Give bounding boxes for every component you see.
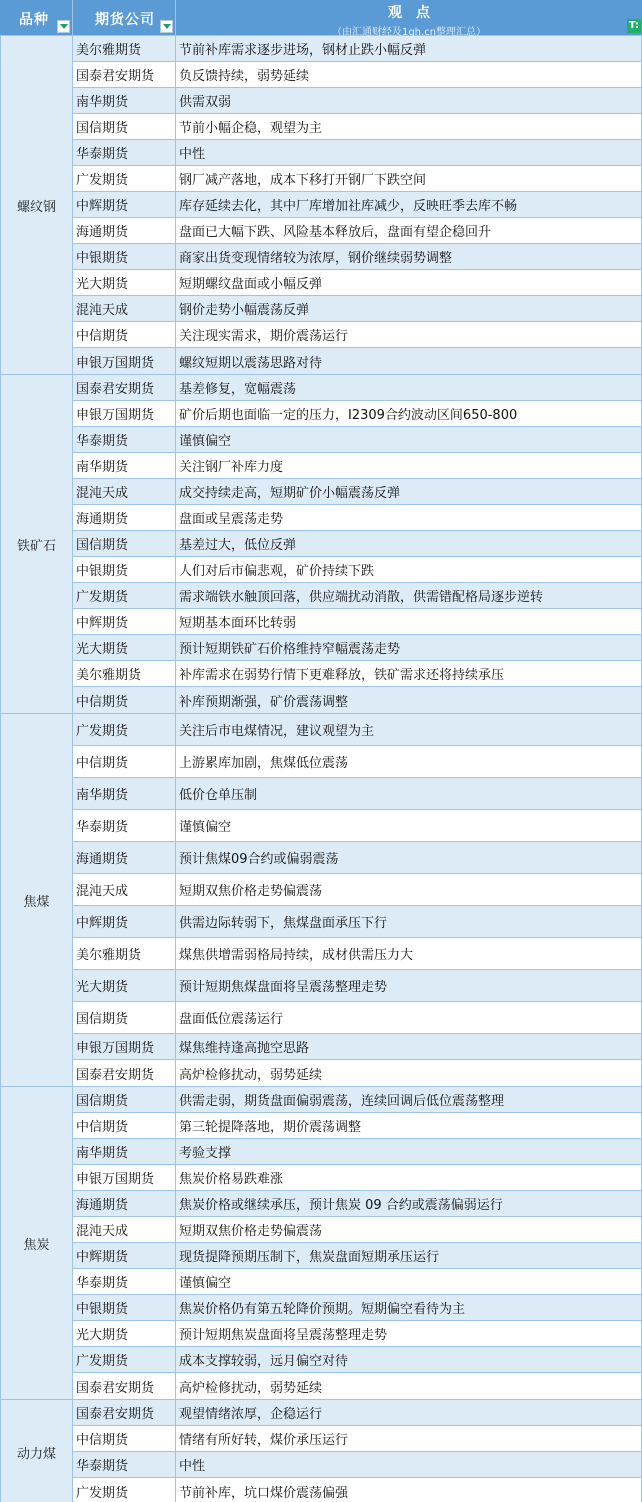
table-row[interactable]: 中信期货上游累库加剧，焦煤低位震荡	[73, 746, 642, 778]
view-cell: 关注后市电煤情况，建议观望为主	[176, 714, 642, 745]
category-group: 螺纹钢美尔雅期货节前补库需求逐步进场，钢材止跌小幅反弹国泰君安期货负反馈持续，弱…	[0, 36, 642, 375]
view-cell: 补库预期渐强，矿价震荡调整	[176, 687, 642, 713]
company-cell: 申银万国期货	[73, 1034, 176, 1059]
category-cell: 焦炭	[0, 1087, 73, 1399]
table-row[interactable]: 国信期货节前小幅企稳，观望为主	[73, 114, 642, 140]
view-cell: 矿价后期也面临一定的压力，I2309合约波动区间650-800	[176, 401, 642, 426]
category-group: 焦煤广发期货关注后市电煤情况，建议观望为主中信期货上游累库加剧，焦煤低位震荡南华…	[0, 714, 642, 1087]
view-cell: 中性	[176, 140, 642, 165]
company-cell: 美尔雅期货	[73, 36, 176, 61]
view-cell: 负反馈持续，弱势延续	[176, 62, 642, 87]
view-cell: 短期螺纹盘面或小幅反弹	[176, 270, 642, 295]
view-cell: 预计焦煤09合约或偏弱震荡	[176, 842, 642, 873]
category-cell: 焦煤	[0, 714, 73, 1086]
view-cell: 节前补库，坑口煤价震荡偏强	[176, 1478, 642, 1502]
view-cell: 成本支撑较弱，远月偏空对待	[176, 1347, 642, 1372]
table-row[interactable]: 中信期货情绪有所好转，煤价承压运行	[73, 1426, 642, 1452]
header-category-label: 品种	[19, 9, 49, 29]
table-row[interactable]: 国信期货供需走弱，期货盘面偏弱震荡，连续回调后低位震荡整理	[73, 1087, 642, 1113]
table-row[interactable]: 混沌天成成交持续走高，短期矿价小幅震荡反弹	[73, 479, 642, 505]
company-cell: 中辉期货	[73, 1243, 176, 1268]
category-group: 铁矿石国泰君安期货基差修复，宽幅震荡申银万国期货矿价后期也面临一定的压力，I23…	[0, 375, 642, 714]
company-cell: 华泰期货	[73, 810, 176, 841]
view-cell: 中性	[176, 1452, 642, 1477]
view-cell: 商家出货变现情绪较为浓厚，钢价继续弱势调整	[176, 244, 642, 269]
table-row[interactable]: 美尔雅期货煤焦供增需弱格局持续，成材供需压力大	[73, 938, 642, 970]
company-cell: 光大期货	[73, 635, 176, 660]
category-cell: 铁矿石	[0, 375, 73, 713]
company-cell: 美尔雅期货	[73, 661, 176, 686]
table-row[interactable]: 美尔雅期货节前补库需求逐步进场，钢材止跌小幅反弹	[73, 36, 642, 62]
view-cell: 节前补库需求逐步进场，钢材止跌小幅反弹	[176, 36, 642, 61]
company-cell: 南华期货	[73, 778, 176, 809]
company-cell: 光大期货	[73, 1321, 176, 1346]
company-cell: 华泰期货	[73, 427, 176, 452]
view-cell: 盘面低位震荡运行	[176, 1002, 642, 1033]
filter-dropdown-icon[interactable]	[57, 20, 70, 33]
table-row[interactable]: 南华期货关注钢厂补库力度	[73, 453, 642, 479]
company-cell: 中信期货	[73, 687, 176, 713]
view-cell: 焦炭价格易跌难涨	[176, 1165, 642, 1190]
table-row[interactable]: 中信期货第三轮提降落地，期价震荡调整	[73, 1113, 642, 1139]
category-rows: 国泰君安期货观望情绪浓厚，企稳运行中信期货情绪有所好转，煤价承压运行华泰期货中性…	[73, 1400, 642, 1502]
view-cell: 供需双弱	[176, 88, 642, 113]
company-cell: 申银万国期货	[73, 1165, 176, 1190]
company-cell: 广发期货	[73, 166, 176, 191]
view-cell: 短期双焦价格走势偏震荡	[176, 1217, 642, 1242]
header-category: 品种	[0, 0, 73, 35]
company-cell: 华泰期货	[73, 1452, 176, 1477]
company-cell: 中银期货	[73, 244, 176, 269]
view-cell: 关注钢厂补库力度	[176, 453, 642, 478]
table-row[interactable]: 国泰君安期货高炉检修扰动，弱势延续	[73, 1060, 642, 1086]
company-cell: 国泰君安期货	[73, 62, 176, 87]
company-cell: 广发期货	[73, 1347, 176, 1372]
category-rows: 美尔雅期货节前补库需求逐步进场，钢材止跌小幅反弹国泰君安期货负反馈持续，弱势延续…	[73, 36, 642, 374]
table-row[interactable]: 国信期货基差过大，低位反弹	[73, 531, 642, 557]
company-cell: 光大期货	[73, 970, 176, 1001]
filter-active-icon[interactable]: T:	[627, 19, 641, 33]
table-row[interactable]: 中辉期货供需边际转弱下，焦煤盘面承压下行	[73, 906, 642, 938]
table-row[interactable]: 中银期货人们对后市偏悲观，矿价持续下跌	[73, 557, 642, 583]
table-row[interactable]: 国信期货盘面低位震荡运行	[73, 1002, 642, 1034]
company-cell: 混沌天成	[73, 296, 176, 321]
table-row[interactable]: 广发期货关注后市电煤情况，建议观望为主	[73, 714, 642, 746]
company-cell: 南华期货	[73, 1139, 176, 1164]
company-cell: 国信期货	[73, 531, 176, 556]
view-cell: 短期双焦价格走势偏震荡	[176, 874, 642, 905]
view-cell: 煤焦维持逢高抛空思路	[176, 1034, 642, 1059]
table-row[interactable]: 光大期货短期螺纹盘面或小幅反弹	[73, 270, 642, 296]
view-cell: 预计短期焦煤盘面将呈震荡整理走势	[176, 970, 642, 1001]
company-cell: 广发期货	[73, 1478, 176, 1502]
table-header: 品种 期货公司 观点 （由汇通财经及1qh.cn整理汇总） T:	[0, 0, 642, 36]
company-cell: 国信期货	[73, 1087, 176, 1112]
futures-views-sheet: 品种 期货公司 观点 （由汇通财经及1qh.cn整理汇总） T: 螺纹钢美尔雅期…	[0, 0, 642, 1502]
company-cell: 国信期货	[73, 114, 176, 139]
table-row[interactable]: 华泰期货谨慎偏空	[73, 427, 642, 453]
company-cell: 广发期货	[73, 583, 176, 608]
company-cell: 海通期货	[73, 218, 176, 243]
company-cell: 中辉期货	[73, 609, 176, 634]
table-row[interactable]: 海通期货盘面已大幅下跌、风险基本释放后，盘面有望企稳回升	[73, 218, 642, 244]
view-cell: 低价仓单压制	[176, 778, 642, 809]
table-body: 螺纹钢美尔雅期货节前补库需求逐步进场，钢材止跌小幅反弹国泰君安期货负反馈持续，弱…	[0, 36, 642, 1502]
company-cell: 国信期货	[73, 1002, 176, 1033]
table-row[interactable]: 国泰君安期货高炉检修扰动，弱势延续	[73, 1373, 642, 1399]
table-row[interactable]: 中辉期货库存延续去化，其中厂库增加社库减少，反映旺季去库不畅	[73, 192, 642, 218]
view-cell: 焦炭价格或继续承压，预计焦炭 09 合约或震荡偏弱运行	[176, 1191, 642, 1216]
view-cell: 螺纹短期以震荡思路对待	[176, 348, 642, 374]
table-row[interactable]: 广发期货需求端铁水触顶回落，供应端扰动消散，供需错配格局逐步逆转	[73, 583, 642, 609]
view-cell: 节前小幅企稳，观望为主	[176, 114, 642, 139]
view-cell: 煤焦供增需弱格局持续，成材供需压力大	[176, 938, 642, 969]
table-row[interactable]: 华泰期货中性	[73, 1452, 642, 1478]
header-view-title: 观点	[176, 2, 642, 22]
view-cell: 需求端铁水触顶回落，供应端扰动消散，供需错配格局逐步逆转	[176, 583, 642, 608]
view-cell: 供需走弱，期货盘面偏弱震荡，连续回调后低位震荡整理	[176, 1087, 642, 1112]
view-cell: 供需边际转弱下，焦煤盘面承压下行	[176, 906, 642, 937]
table-row[interactable]: 广发期货成本支撑较弱，远月偏空对待	[73, 1347, 642, 1373]
header-view-subtitle: （由汇通财经及1qh.cn整理汇总）	[176, 23, 642, 38]
table-row[interactable]: 华泰期货中性	[73, 140, 642, 166]
view-cell: 钢厂减产落地，成本下移打开钢厂下跌空间	[176, 166, 642, 191]
view-cell: 钢价走势小幅震荡反弹	[176, 296, 642, 321]
view-cell: 谨慎偏空	[176, 810, 642, 841]
table-row[interactable]: 中辉期货短期基本面环比转弱	[73, 609, 642, 635]
view-cell: 谨慎偏空	[176, 1269, 642, 1294]
table-row[interactable]: 混沌天成短期双焦价格走势偏震荡	[73, 1217, 642, 1243]
table-row[interactable]: 申银万国期货螺纹短期以震荡思路对待	[73, 348, 642, 374]
category-group: 动力煤国泰君安期货观望情绪浓厚，企稳运行中信期货情绪有所好转，煤价承压运行华泰期…	[0, 1400, 642, 1502]
company-cell: 南华期货	[73, 88, 176, 113]
table-row[interactable]: 光大期货预计短期铁矿石价格维持窄幅震荡走势	[73, 635, 642, 661]
view-cell: 库存延续去化，其中厂库增加社库减少，反映旺季去库不畅	[176, 192, 642, 217]
table-row[interactable]: 海通期货焦炭价格或继续承压，预计焦炭 09 合约或震荡偏弱运行	[73, 1191, 642, 1217]
table-row[interactable]: 海通期货预计焦煤09合约或偏弱震荡	[73, 842, 642, 874]
view-cell: 人们对后市偏悲观，矿价持续下跌	[176, 557, 642, 582]
category-rows: 国泰君安期货基差修复，宽幅震荡申银万国期货矿价后期也面临一定的压力，I2309合…	[73, 375, 642, 713]
company-cell: 国泰君安期货	[73, 375, 176, 400]
view-cell: 盘面已大幅下跌、风险基本释放后，盘面有望企稳回升	[176, 218, 642, 243]
company-cell: 华泰期货	[73, 140, 176, 165]
view-cell: 基差修复，宽幅震荡	[176, 375, 642, 400]
table-row[interactable]: 混沌天成钢价走势小幅震荡反弹	[73, 296, 642, 322]
company-cell: 海通期货	[73, 842, 176, 873]
table-row[interactable]: 国泰君安期货观望情绪浓厚，企稳运行	[73, 1400, 642, 1426]
view-cell: 短期基本面环比转弱	[176, 609, 642, 634]
view-cell: 预计短期焦炭盘面将呈震荡整理走势	[176, 1321, 642, 1346]
company-cell: 南华期货	[73, 453, 176, 478]
view-cell: 盘面或呈震荡走势	[176, 505, 642, 530]
table-row[interactable]: 广发期货钢厂减产落地，成本下移打开钢厂下跌空间	[73, 166, 642, 192]
view-cell: 补库需求在弱势行情下更难释放，铁矿需求还将持续承压	[176, 661, 642, 686]
view-cell: 现货提降预期压制下，焦炭盘面短期承压运行	[176, 1243, 642, 1268]
view-cell: 谨慎偏空	[176, 427, 642, 452]
company-cell: 美尔雅期货	[73, 938, 176, 969]
company-cell: 光大期货	[73, 270, 176, 295]
view-cell: 成交持续走高，短期矿价小幅震荡反弹	[176, 479, 642, 504]
company-cell: 海通期货	[73, 1191, 176, 1216]
view-cell: 高炉检修扰动，弱势延续	[176, 1373, 642, 1399]
view-cell: 预计短期铁矿石价格维持窄幅震荡走势	[176, 635, 642, 660]
table-row[interactable]: 光大期货预计短期焦煤盘面将呈震荡整理走势	[73, 970, 642, 1002]
company-cell: 中银期货	[73, 557, 176, 582]
category-cell: 动力煤	[0, 1400, 73, 1502]
table-row[interactable]: 华泰期货谨慎偏空	[73, 810, 642, 842]
table-row[interactable]: 华泰期货谨慎偏空	[73, 1269, 642, 1295]
header-company: 期货公司	[73, 0, 176, 35]
company-cell: 海通期货	[73, 505, 176, 530]
table-row[interactable]: 中银期货焦炭价格仍有第五轮降价预期。短期偏空看待为主	[73, 1295, 642, 1321]
triangle-down-icon	[163, 24, 171, 29]
view-cell: 高炉检修扰动，弱势延续	[176, 1060, 642, 1086]
company-cell: 国泰君安期货	[73, 1400, 176, 1425]
table-row[interactable]: 海通期货盘面或呈震荡走势	[73, 505, 642, 531]
table-row[interactable]: 光大期货预计短期焦炭盘面将呈震荡整理走势	[73, 1321, 642, 1347]
filter-dropdown-icon[interactable]	[160, 20, 173, 33]
company-cell: 国泰君安期货	[73, 1060, 176, 1086]
view-cell: 第三轮提降落地，期价震荡调整	[176, 1113, 642, 1138]
table-row[interactable]: 南华期货供需双弱	[73, 88, 642, 114]
company-cell: 混沌天成	[73, 874, 176, 905]
company-cell: 广发期货	[73, 714, 176, 745]
view-cell: 观望情绪浓厚，企稳运行	[176, 1400, 642, 1425]
header-view: 观点 （由汇通财经及1qh.cn整理汇总） T:	[176, 0, 642, 35]
table-row[interactable]: 中信期货关注现实需求，期价震荡运行	[73, 322, 642, 348]
category-rows: 国信期货供需走弱，期货盘面偏弱震荡，连续回调后低位震荡整理中信期货第三轮提降落地…	[73, 1087, 642, 1399]
view-cell: 焦炭价格仍有第五轮降价预期。短期偏空看待为主	[176, 1295, 642, 1320]
company-cell: 中信期货	[73, 1113, 176, 1138]
table-row[interactable]: 广发期货节前补库，坑口煤价震荡偏强	[73, 1478, 642, 1502]
company-cell: 申银万国期货	[73, 348, 176, 374]
triangle-down-icon	[60, 24, 68, 29]
company-cell: 中辉期货	[73, 192, 176, 217]
table-row[interactable]: 申银万国期货煤焦维持逢高抛空思路	[73, 1034, 642, 1060]
view-cell: 关注现实需求，期价震荡运行	[176, 322, 642, 347]
table-row[interactable]: 国泰君安期货负反馈持续，弱势延续	[73, 62, 642, 88]
table-row[interactable]: 混沌天成短期双焦价格走势偏震荡	[73, 874, 642, 906]
table-row[interactable]: 申银万国期货焦炭价格易跌难涨	[73, 1165, 642, 1191]
company-cell: 混沌天成	[73, 1217, 176, 1242]
table-row[interactable]: 南华期货低价仓单压制	[73, 778, 642, 810]
company-cell: 中信期货	[73, 746, 176, 777]
company-cell: 华泰期货	[73, 1269, 176, 1294]
company-cell: 混沌天成	[73, 479, 176, 504]
table-row[interactable]: 国泰君安期货基差修复，宽幅震荡	[73, 375, 642, 401]
category-cell: 螺纹钢	[0, 36, 73, 374]
company-cell: 申银万国期货	[73, 401, 176, 426]
table-row[interactable]: 美尔雅期货补库需求在弱势行情下更难释放，铁矿需求还将持续承压	[73, 661, 642, 687]
company-cell: 中辉期货	[73, 906, 176, 937]
table-row[interactable]: 中银期货商家出货变现情绪较为浓厚，钢价继续弱势调整	[73, 244, 642, 270]
view-cell: 情绪有所好转，煤价承压运行	[176, 1426, 642, 1451]
company-cell: 中银期货	[73, 1295, 176, 1320]
header-company-label: 期货公司	[95, 9, 155, 29]
table-row[interactable]: 南华期货考验支撑	[73, 1139, 642, 1165]
view-cell: 上游累库加剧，焦煤低位震荡	[176, 746, 642, 777]
table-row[interactable]: 申银万国期货矿价后期也面临一定的压力，I2309合约波动区间650-800	[73, 401, 642, 427]
table-row[interactable]: 中信期货补库预期渐强，矿价震荡调整	[73, 687, 642, 713]
category-rows: 广发期货关注后市电煤情况，建议观望为主中信期货上游累库加剧，焦煤低位震荡南华期货…	[73, 714, 642, 1086]
company-cell: 中信期货	[73, 1426, 176, 1451]
view-cell: 考验支撑	[176, 1139, 642, 1164]
company-cell: 中信期货	[73, 322, 176, 347]
company-cell: 国泰君安期货	[73, 1373, 176, 1399]
view-cell: 基差过大，低位反弹	[176, 531, 642, 556]
table-row[interactable]: 中辉期货现货提降预期压制下，焦炭盘面短期承压运行	[73, 1243, 642, 1269]
category-group: 焦炭国信期货供需走弱，期货盘面偏弱震荡，连续回调后低位震荡整理中信期货第三轮提降…	[0, 1087, 642, 1400]
